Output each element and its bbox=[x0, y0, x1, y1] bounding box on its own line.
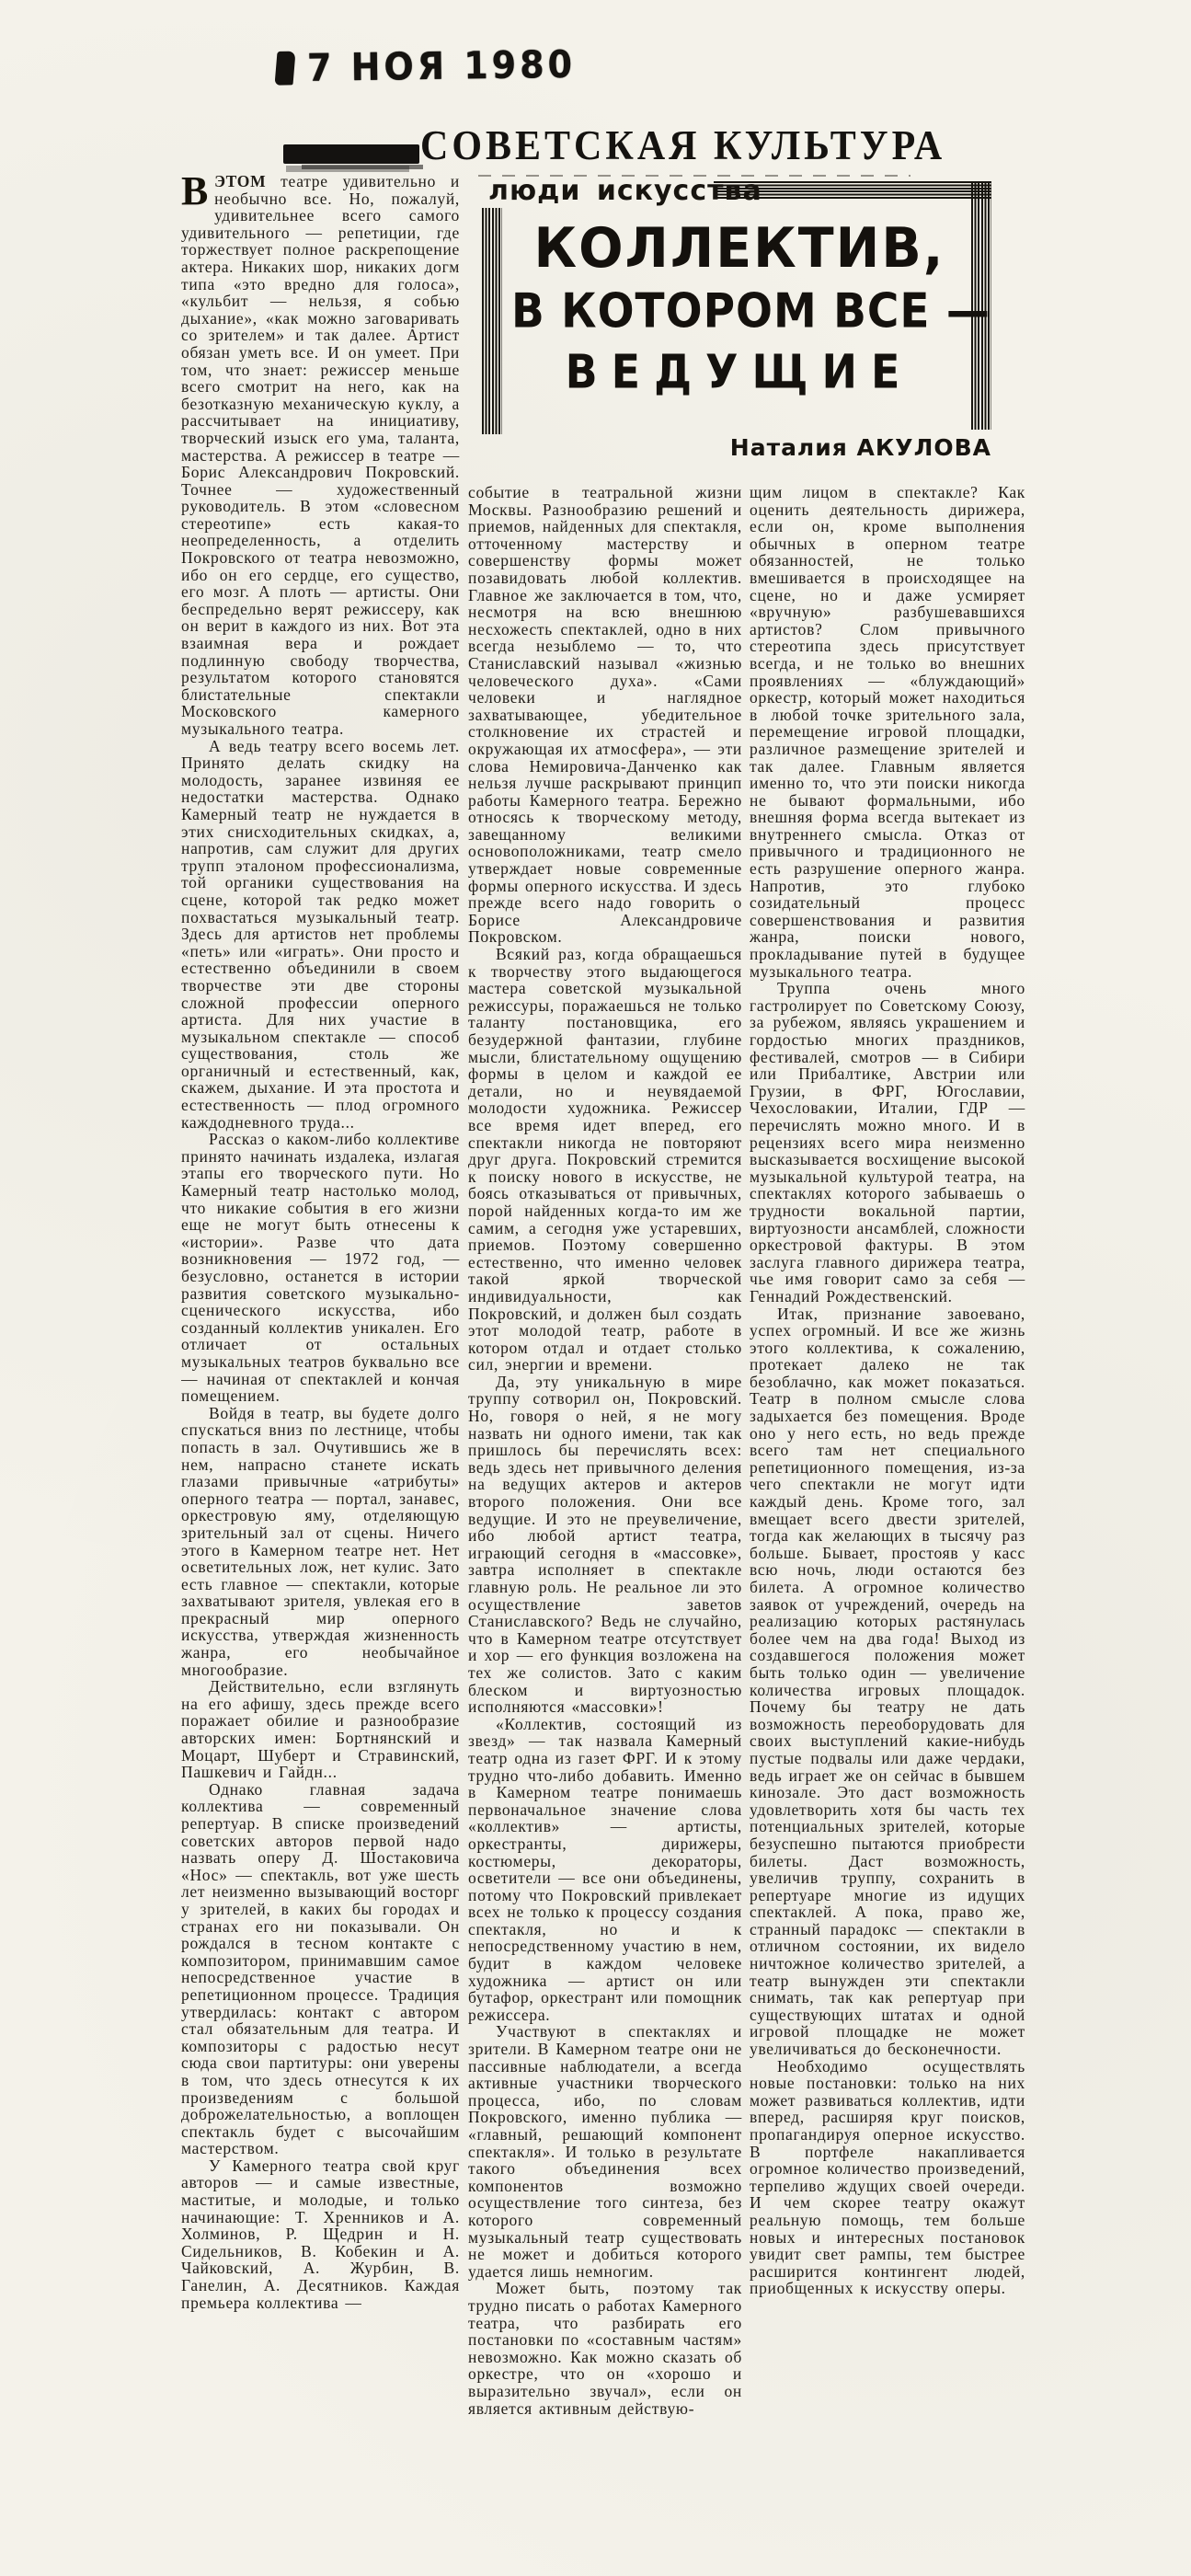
headline-line-2: В КОТОРОМ ВСЕ — bbox=[511, 279, 968, 346]
paragraph: А ведь театру всего восемь лет. Принято … bbox=[181, 738, 460, 1132]
paragraph: Участвуют в спектаклях и зрители. В Каме… bbox=[468, 2023, 742, 2280]
date-stamp: 7 НОЯ 1980 bbox=[276, 42, 577, 90]
article-headline: КОЛЛЕКТИВ, В КОТОРОМ ВСЕ — ВЕДУЩИЕ bbox=[511, 215, 968, 401]
stamp-ink-blot-icon bbox=[274, 52, 295, 86]
paragraph: щим лицом в спектакле? Как оценить деяте… bbox=[750, 484, 1025, 980]
paragraph: Да, эту уникальную в мире труппу сотвори… bbox=[468, 1374, 742, 1716]
article-column-1: ВЭТОМ театре удивительно и необычно все.… bbox=[181, 173, 460, 2533]
headline-line-3: ВЕДУЩИЕ bbox=[511, 339, 968, 404]
paragraph: Войдя в театр, вы будете долго спускатьс… bbox=[181, 1405, 460, 1679]
masthead-ink-bar bbox=[283, 144, 419, 164]
lead-paragraph: ВЭТОМ театре удивительно и необычно все.… bbox=[181, 173, 460, 738]
paragraph: событие в театральной жизни Москвы. Разн… bbox=[468, 484, 742, 946]
striped-rule-left bbox=[482, 208, 502, 434]
article-column-2: событие в театральной жизни Москвы. Разн… bbox=[468, 484, 742, 2561]
paragraph: Действительно, если взглянуть на его афи… bbox=[181, 1678, 460, 1781]
paragraph: У Камерного театра свой круг авторов — и… bbox=[181, 2157, 460, 2311]
newspaper-title: СОВЕТСКАЯ КУЛЬТУРА bbox=[420, 122, 945, 170]
article-column-3: щим лицом в спектакле? Как оценить деяте… bbox=[750, 484, 1025, 2519]
newspaper-clipping: 7 НОЯ 1980 СОВЕТСКАЯ КУЛЬТУРА люди искус… bbox=[0, 0, 1191, 2576]
drop-cap: В bbox=[181, 173, 214, 208]
striped-rule-top bbox=[714, 181, 991, 199]
paragraph: Итак, признание завоевано, успех огромны… bbox=[750, 1305, 1025, 2058]
paragraph: «Коллектив, состоящий из звезд» — так на… bbox=[468, 1716, 742, 2024]
paragraph: Труппа очень много гастролирует по Совет… bbox=[750, 980, 1025, 1305]
paragraph: Всякий раз, когда обращаешься к творчест… bbox=[468, 946, 742, 1374]
byline-author: Наталия АКУЛОВА bbox=[511, 434, 991, 461]
lead-first-word: ЭТОМ bbox=[214, 173, 266, 190]
stamp-date: 7 НОЯ 1980 bbox=[307, 42, 577, 90]
paragraph: Рассказ о каком-либо коллективе принято … bbox=[181, 1131, 460, 1405]
paragraph: Однако главная задача коллектива — совре… bbox=[181, 1781, 460, 2157]
paragraph: Необходимо осуществлять новые постановки… bbox=[750, 2058, 1025, 2297]
headline-line-1: КОЛЛЕКТИВ, bbox=[511, 213, 968, 283]
lead-text: театре удивительно и необычно все. Но, п… bbox=[181, 173, 460, 738]
paragraph: Может быть, поэтому так трудно писать о … bbox=[468, 2280, 742, 2417]
